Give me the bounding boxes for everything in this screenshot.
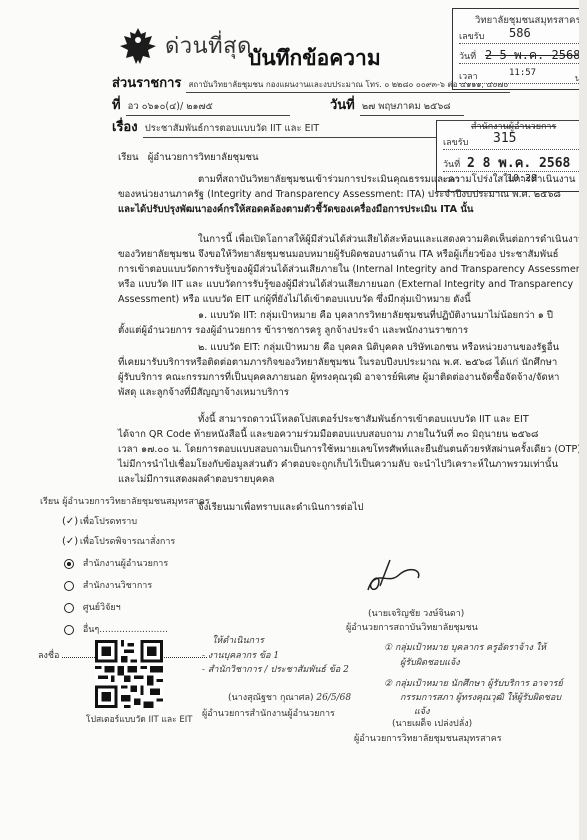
para3-line2: ได้จาก QR Code ท้ายหนังสือนี้ และขอความร…: [118, 427, 538, 442]
para2-line4: หรือ แบบวัด IIT และ แบบวัดการรับรู้ของผู…: [118, 277, 573, 292]
routing-to-label: เรียน: [40, 497, 59, 507]
routing-check-ack-label: เพื่อโปรดทราบ: [80, 517, 137, 527]
officer-name: (นางสุณัฐชา กุณาศล): [228, 693, 314, 703]
garuda-emblem-icon: [118, 24, 158, 68]
sign-label: ลงชื่อ: [38, 648, 59, 662]
check-icon: (✓): [62, 516, 74, 527]
ref-line: ที่ อว ๐๖๑๐(๔)/ ๒๑๗๕: [112, 94, 290, 116]
handwritten-note-line1: ให้ดำเนินการ: [212, 633, 264, 647]
memo-title: บันทึกข้อความ: [248, 42, 381, 75]
subject-label: เรื่อง: [112, 120, 138, 135]
routing-option-label: อื่นๆ........................: [83, 625, 168, 635]
stamp2-receive-no: 315: [493, 131, 516, 146]
stamp-receive-label: เลขรับ: [459, 32, 484, 42]
date-value: ๒๗ พฤษภาคม ๒๕๖๘: [360, 99, 464, 116]
para1-line2: ของหน่วยงานภาครัฐ (Integrity and Transpa…: [118, 187, 561, 202]
checked-radio-icon: [64, 559, 74, 569]
item2-line3: ผู้รับบริการ คณะกรรมการที่เป็นบุคคลภายนอ…: [118, 370, 559, 385]
routing-to-value: ผู้อำนวยการวิทยาลัยชุมชนสมุทรสาคร: [62, 497, 210, 507]
routing-option-label: ศูนย์วิจัยฯ: [83, 603, 121, 613]
agency-label: ส่วนราชการ: [112, 76, 181, 91]
qr-caption: โปสเตอร์แบบวัด IIT และ EIT: [86, 712, 192, 726]
director-note-line1: ① กลุ่มเป้าหมาย บุคลากร ครูอัตราจ้าง ให้: [384, 640, 546, 654]
item1-line1: ๑. แบบวัด IIT: กลุ่มเป้าหมาย คือ บุคลากร…: [198, 308, 553, 323]
stamp2-receive-label: เลขรับ: [443, 138, 468, 148]
memo-page: ด่วนที่สุด บันทึกข้อความ วิทยาลัยชุมชนสม…: [0, 0, 587, 840]
handwritten-note-line3: - สำนักวิชาการ / ประชาสัมพันธ์ ข้อ 2: [202, 662, 349, 676]
stamp2-date: 2 8 พ.ค. 2568: [467, 152, 570, 173]
to-line: เรียน ผู้อำนวยการวิทยาลัยชุมชน: [118, 150, 259, 165]
routing-option-other: อื่นๆ........................: [64, 622, 168, 636]
officer-title: ผู้อำนวยการสำนักงานผู้อำนวยการ: [202, 706, 335, 720]
para2-line5: Assessment) หรือ แบบวัด EIT แก่ผู้ที่ยัง…: [118, 292, 471, 307]
para3-line3: เวลา ๑๗.๐๐ น. โดยการตอบแบบสอบถามเป็นการใ…: [118, 442, 581, 457]
para3-line4: ไม่มีการนำไปเชื่อมโยงกับข้อมูลส่วนตัว คำ…: [118, 457, 558, 472]
para3-line5: และไม่มีการแสดงผลคำตอบรายบุคคล: [118, 472, 274, 487]
routing-option-director-office: สำนักงานผู้อำนวยการ: [64, 556, 168, 570]
subject-line: เรื่อง ประชาสัมพันธ์การตอบแบบวัด IIT และ…: [112, 116, 437, 138]
officer-name-line: (นางสุณัฐชา กุณาศล) 26/5/68: [228, 690, 351, 704]
agency-line: ส่วนราชการ สถาบันวิทยาลัยชุมชน กองแผนงาน…: [112, 72, 510, 93]
handwritten-note-line2: - งานบุคลากร ข้อ 1: [202, 648, 279, 662]
routing-check-consider: (✓) เพื่อโปรดพิจารณาสั่งการ: [62, 534, 175, 548]
routing-check-consider-label: เพื่อโปรดพิจารณาสั่งการ: [80, 537, 175, 547]
item2-line4: พัสดุ และลูกจ้างที่มีสัญญาจ้างเหมาบริการ: [118, 385, 289, 400]
subject-value: ประชาสัมพันธ์การตอบแบบวัด IIT และ EIT: [143, 121, 437, 138]
officer-date: 26/5/68: [316, 693, 351, 703]
to-value: ผู้อำนวยการวิทยาลัยชุมชน: [148, 152, 259, 163]
director-name: (นายเผด็จ เปล่งปลั่ง): [392, 716, 472, 730]
director-note-line4: กรรมการสภา ผู้ทรงคุณวุฒิ ให้ผู้รับผิดชอบ: [400, 690, 561, 704]
agency-value: สถาบันวิทยาลัยชุมชน กองแผนงานและงบประมาณ…: [186, 78, 510, 93]
routing-option-label: สำนักงานผู้อำนวยการ: [83, 559, 168, 569]
routing-to-line: เรียน ผู้อำนวยการวิทยาลัยชุมชนสมุทรสาคร: [40, 494, 210, 508]
radio-icon: [64, 581, 74, 591]
stamp-date: 2 5 พ.ค. 2568: [485, 46, 580, 65]
stamp-date-label: วันที่: [459, 52, 476, 62]
item2-line2: ที่เคยมารับบริการหรือติดต่อตามภารกิจของว…: [118, 355, 557, 370]
page-edge: [579, 0, 587, 840]
stamp2-date-label: วันที่: [443, 160, 460, 170]
item1-line2: ตั้งแต่ผู้อำนวยการ รองผู้อำนวยการ ข้าราช…: [118, 323, 468, 338]
director-note-line2: ผู้รับผิดชอบแจ้ง: [400, 655, 460, 669]
ref-label: ที่: [112, 98, 121, 113]
urgency-label: ด่วนที่สุด: [165, 28, 252, 63]
director-title: ผู้อำนวยการวิทยาลัยชุมชนสมุทรสาคร: [354, 731, 502, 745]
director-note-line3: ② กลุ่มเป้าหมาย นักศึกษา ผู้รับบริการ อา…: [384, 676, 563, 690]
stamp-receive-no: 586: [509, 26, 531, 40]
qr-code-icon: [95, 640, 163, 708]
radio-icon: [64, 625, 74, 635]
item2-line1: ๒. แบบวัด EIT: กลุ่มเป้าหมาย คือ บุคคล น…: [198, 340, 559, 355]
para1-line3: และได้ปรับปรุงพัฒนาองค์กรให้สอดคล้องตามต…: [118, 202, 473, 217]
para2-line3: การเข้าตอบแบบวัดการรับรู้ของผู้มีส่วนได้…: [118, 262, 587, 277]
check-icon: (✓): [62, 536, 74, 547]
closing-line: จึงเรียนมาเพื่อทราบและดำเนินการต่อไป: [198, 500, 363, 515]
para2-line1: ในการนี้ เพื่อเปิดโอกาสให้ผู้มีส่วนได้ส่…: [198, 232, 585, 247]
routing-option-academic: สำนักงานวิชาการ: [64, 578, 152, 592]
para2-line2: ของวิทยาลัยชุมชน จึงขอให้วิทยาลัยชุมชนมอ…: [118, 247, 558, 262]
signer-title: ผู้อำนวยการสถาบันวิทยาลัยชุมชน: [346, 620, 478, 634]
radio-icon: [64, 603, 74, 613]
routing-check-ack: (✓) เพื่อโปรดทราบ: [62, 514, 137, 528]
signature-mark-icon: [360, 556, 430, 596]
to-label: เรียน: [118, 152, 139, 163]
date-line: วันที่ ๒๗ พฤษภาคม ๒๕๖๘: [330, 94, 464, 116]
stamp-time: 11:57: [509, 68, 536, 78]
para1-line1: ตามที่สถาบันวิทยาลัยชุมชนเข้าร่วมการประเ…: [198, 172, 575, 187]
routing-option-label: สำนักงานวิชาการ: [83, 581, 152, 591]
ref-value: อว ๐๖๑๐(๔)/ ๒๑๗๕: [126, 99, 290, 116]
date-label: วันที่: [330, 98, 355, 113]
routing-option-research: ศูนย์วิจัยฯ: [64, 600, 121, 614]
signer-name: (นายเจริญชัย วงษ์จินดา): [368, 606, 464, 620]
para3-line1: ทั้งนี้ สามารถดาวน์โหลดโปสเตอร์ประชาสัมพ…: [198, 412, 529, 427]
